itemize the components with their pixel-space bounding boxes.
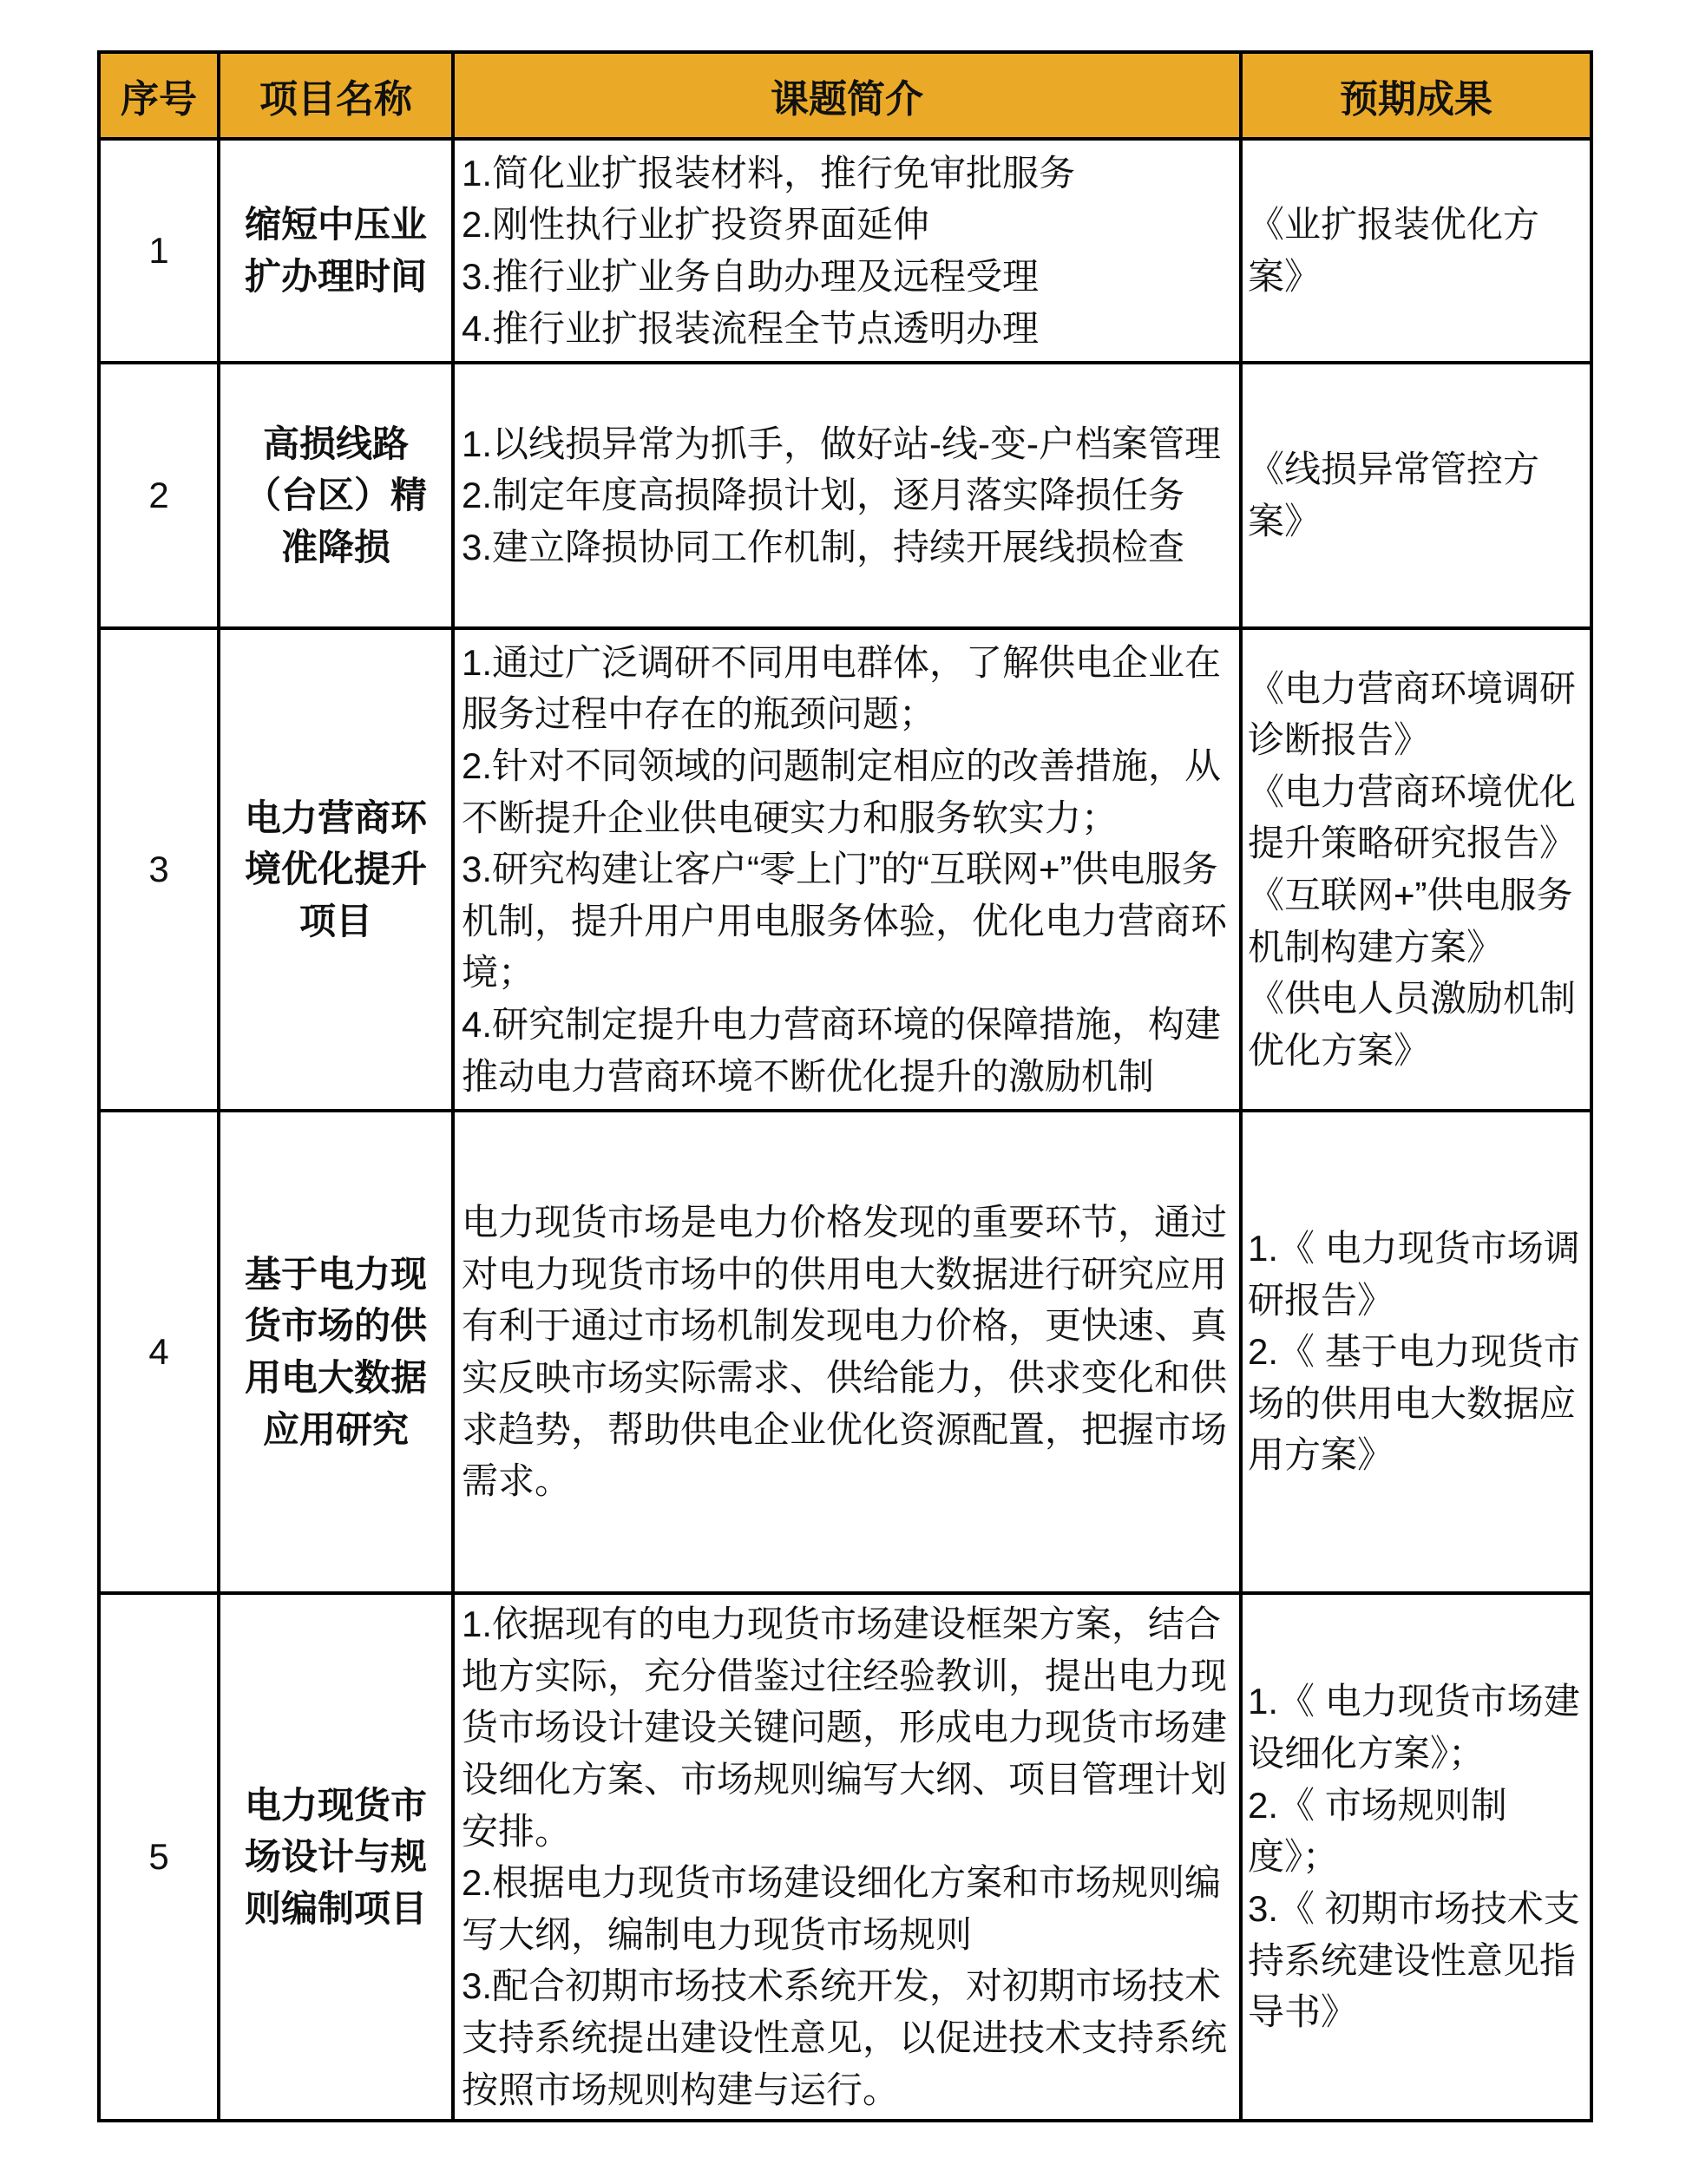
expected-outcomes-cell: 《业扩报装优化方案》 [1241, 139, 1591, 363]
project-name-cell: 基于电力现货市场的供用电大数据应用研究 [219, 1111, 453, 1593]
expected-outcomes-cell: 1.《 电力现货市场建设细化方案》； 2.《 市场规则制度》； 3.《 初期市场… [1241, 1593, 1591, 2121]
header-cell-intro: 课题简介 [453, 52, 1241, 139]
project-name-cell: 缩短中压业扩办理时间 [219, 139, 453, 363]
table-header-row: 序号 项目名称 课题简介 预期成果 [99, 52, 1591, 139]
table-row: 4 基于电力现货市场的供用电大数据应用研究 电力现货市场是电力价格发现的重要环节… [99, 1111, 1591, 1593]
header-cell-project-name: 项目名称 [219, 52, 453, 139]
header-cell-index: 序号 [99, 52, 219, 139]
row-index-cell: 1 [99, 139, 219, 363]
row-index-cell: 3 [99, 628, 219, 1111]
row-index-cell: 2 [99, 363, 219, 628]
row-index-cell: 4 [99, 1111, 219, 1593]
table-row: 2 高损线路（台区）精准降损 1.以线损异常为抓手，做好站-线-变-户档案管理 … [99, 363, 1591, 628]
table-row: 5 电力现货市场设计与规则编制项目 1.依据现有的电力现货市场建设框架方案，结合… [99, 1593, 1591, 2121]
expected-outcomes-cell: 1.《 电力现货市场调研报告》 2.《 基于电力现货市场的供用电大数据应用方案》 [1241, 1111, 1591, 1593]
project-intro-cell: 1.简化业扩报装材料，推行免审批服务 2.刚性执行业扩投资界面延伸 3.推行业扩… [453, 139, 1241, 363]
row-index-cell: 5 [99, 1593, 219, 2121]
document-page: 序号 项目名称 课题简介 预期成果 1 缩短中压业扩办理时间 1.简化业扩报装材… [0, 0, 1686, 2184]
header-cell-outcomes: 预期成果 [1241, 52, 1591, 139]
table-row: 3 电力营商环境优化提升项目 1.通过广泛调研不同用电群体，了解供电企业在服务过… [99, 628, 1591, 1111]
project-table: 序号 项目名称 课题简介 预期成果 1 缩短中压业扩办理时间 1.简化业扩报装材… [97, 50, 1593, 2122]
project-name-cell: 高损线路（台区）精准降损 [219, 363, 453, 628]
expected-outcomes-cell: 《电力营商环境调研诊断报告》 《电力营商环境优化提升策略研究报告》 《互联网+”… [1241, 628, 1591, 1111]
project-intro-cell: 1.通过广泛调研不同用电群体，了解供电企业在服务过程中存在的瓶颈问题； 2.针对… [453, 628, 1241, 1111]
project-intro-cell: 电力现货市场是电力价格发现的重要环节，通过对电力现货市场中的供用电大数据进行研究… [453, 1111, 1241, 1593]
project-name-cell: 电力现货市场设计与规则编制项目 [219, 1593, 453, 2121]
project-intro-cell: 1.依据现有的电力现货市场建设框架方案，结合地方实际，充分借鉴过往经验教训，提出… [453, 1593, 1241, 2121]
project-intro-cell: 1.以线损异常为抓手，做好站-线-变-户档案管理 2.制定年度高损降损计划，逐月… [453, 363, 1241, 628]
expected-outcomes-cell: 《线损异常管控方案》 [1241, 363, 1591, 628]
table-row: 1 缩短中压业扩办理时间 1.简化业扩报装材料，推行免审批服务 2.刚性执行业扩… [99, 139, 1591, 363]
project-name-cell: 电力营商环境优化提升项目 [219, 628, 453, 1111]
